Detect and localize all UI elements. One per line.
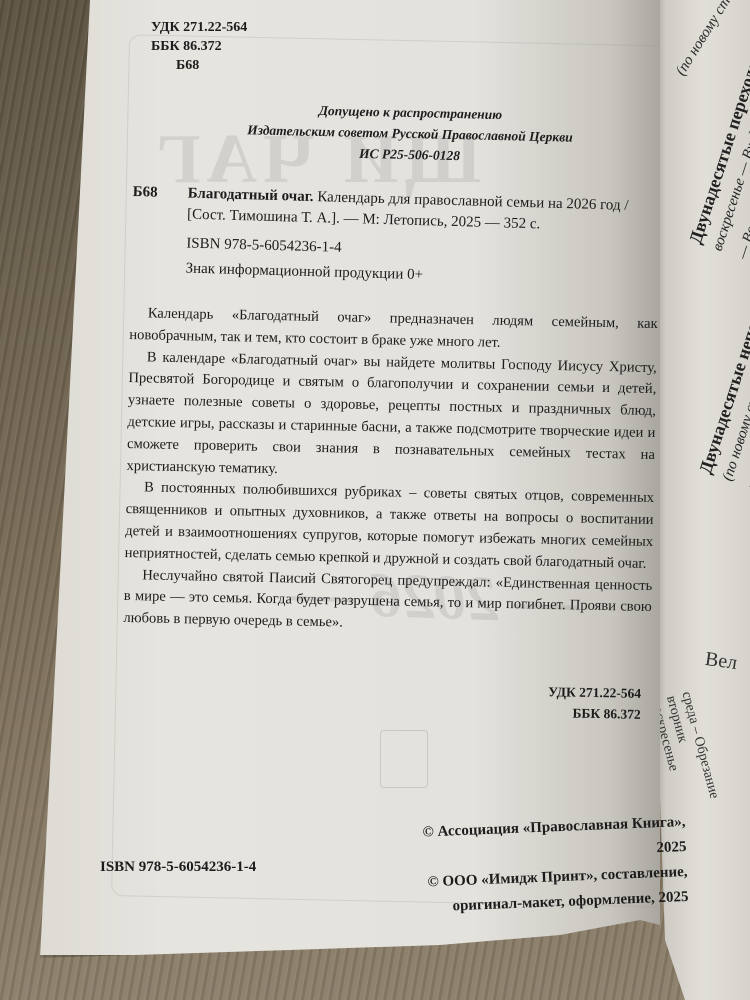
classification-top: УДК 271.22-564 ББК 86.372 Б68: [151, 18, 247, 75]
right-page-bottom-heading: Вел: [704, 648, 739, 675]
annotation: Календарь «Благодатный очаг» предназначе…: [123, 303, 658, 641]
book-title: Благодатный очаг.: [187, 186, 313, 206]
annotation-paragraph: Неслучайно святой Паисий Святогорец пред…: [123, 565, 652, 641]
udk-code-bottom: УДК 271.22-564: [548, 681, 641, 704]
church-approval: Допущено к распространению Издательским …: [219, 98, 600, 170]
right-page-header-fragment: (по новому ст.), воскре: [673, 0, 750, 79]
publisher-logo-show-through: [380, 730, 428, 788]
annotation-paragraph: В постоянных полюбившихся рубриках – сов…: [125, 477, 655, 575]
copyright-block: © Ассоциация «Православная Книга», 2025 …: [390, 810, 689, 922]
bbk-code: ББК 86.372: [151, 37, 247, 56]
annotation-paragraph: В календаре «Благодатный очаг» вы найдет…: [126, 347, 657, 489]
bbk-code-bottom: ББК 86.372: [548, 702, 641, 725]
classification-bottom: УДК 271.22-564 ББК 86.372: [548, 681, 642, 725]
bib-code: Б68: [132, 182, 157, 204]
isbn-bottom: ISBN 978-5-6054236-1-4: [100, 859, 256, 876]
author-mark: Б68: [151, 56, 247, 75]
bibliographic-record: Б68 Благодатный очаг. Календарь для прав…: [130, 182, 642, 292]
udk-code: УДК 271.22-564: [151, 18, 247, 37]
